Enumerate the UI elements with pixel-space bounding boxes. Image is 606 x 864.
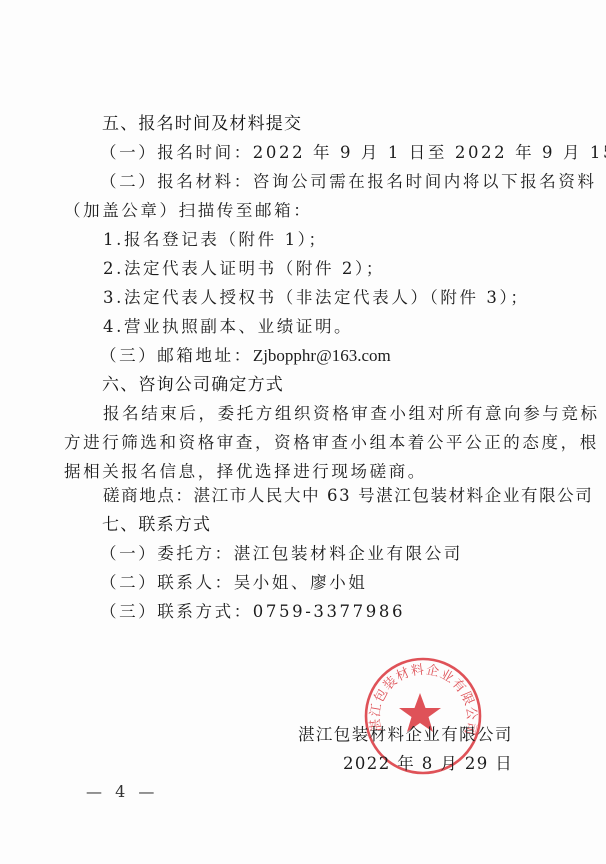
registration-materials-line-1: （二）报名材料：咨询公司需在报名时间内将以下报名资料	[100, 172, 597, 192]
section-6-heading: 六、咨询公司确定方式	[102, 375, 284, 395]
signature-date: 2022 年 8 月 29 日	[343, 750, 513, 774]
contact-client: （一）委托方：湛江包装材料企业有限公司	[100, 544, 463, 564]
section-6-paragraph-line-3: 据相关报名信息，择优选择进行现场磋商。	[64, 462, 427, 482]
registration-time: （一）报名时间：2022 年 9 月 1 日至 2022 年 9 月 15 日	[100, 143, 606, 163]
material-item-3: 3.法定代表人授权书（非法定代表人）（附件 3）；	[103, 288, 530, 308]
registration-materials-line-2: （加盖公章）扫描传至邮箱：	[64, 201, 312, 221]
material-item-2: 2.法定代表人证明书（附件 2）；	[103, 259, 385, 279]
email-address-row: （三）邮箱地址：Zjbopphr@163.com	[100, 346, 391, 366]
email-address: Zjbopphr@163.com	[253, 346, 391, 365]
signature-company: 湛江包装材料企业有限公司	[298, 721, 513, 745]
material-item-4: 4.营业执照副本、业绩证明。	[103, 317, 353, 337]
section-6-paragraph-line-1: 报名结束后，委托方组织资格审查小组对所有意向参与竞标	[103, 404, 600, 424]
section-5-heading: 五、报名时间及材料提交	[102, 114, 302, 134]
contact-person: （二）联系人：吴小姐、廖小姐	[100, 573, 367, 593]
contact-phone: （三）联系方式：0759-3377986	[100, 602, 405, 622]
email-label: （三）邮箱地址：	[100, 346, 253, 365]
consultation-location: 磋商地点：湛江市人民大中 63 号湛江包装材料企业有限公司	[103, 486, 593, 506]
section-7-heading: 七、联系方式	[102, 515, 211, 535]
page-number: — 4 —	[86, 782, 158, 801]
section-6-paragraph-line-2: 方进行筛选和资格审查，资格审查小组本着公平公正的态度，根	[64, 433, 599, 453]
material-item-1: 1.报名登记表（附件 1）；	[103, 230, 328, 250]
